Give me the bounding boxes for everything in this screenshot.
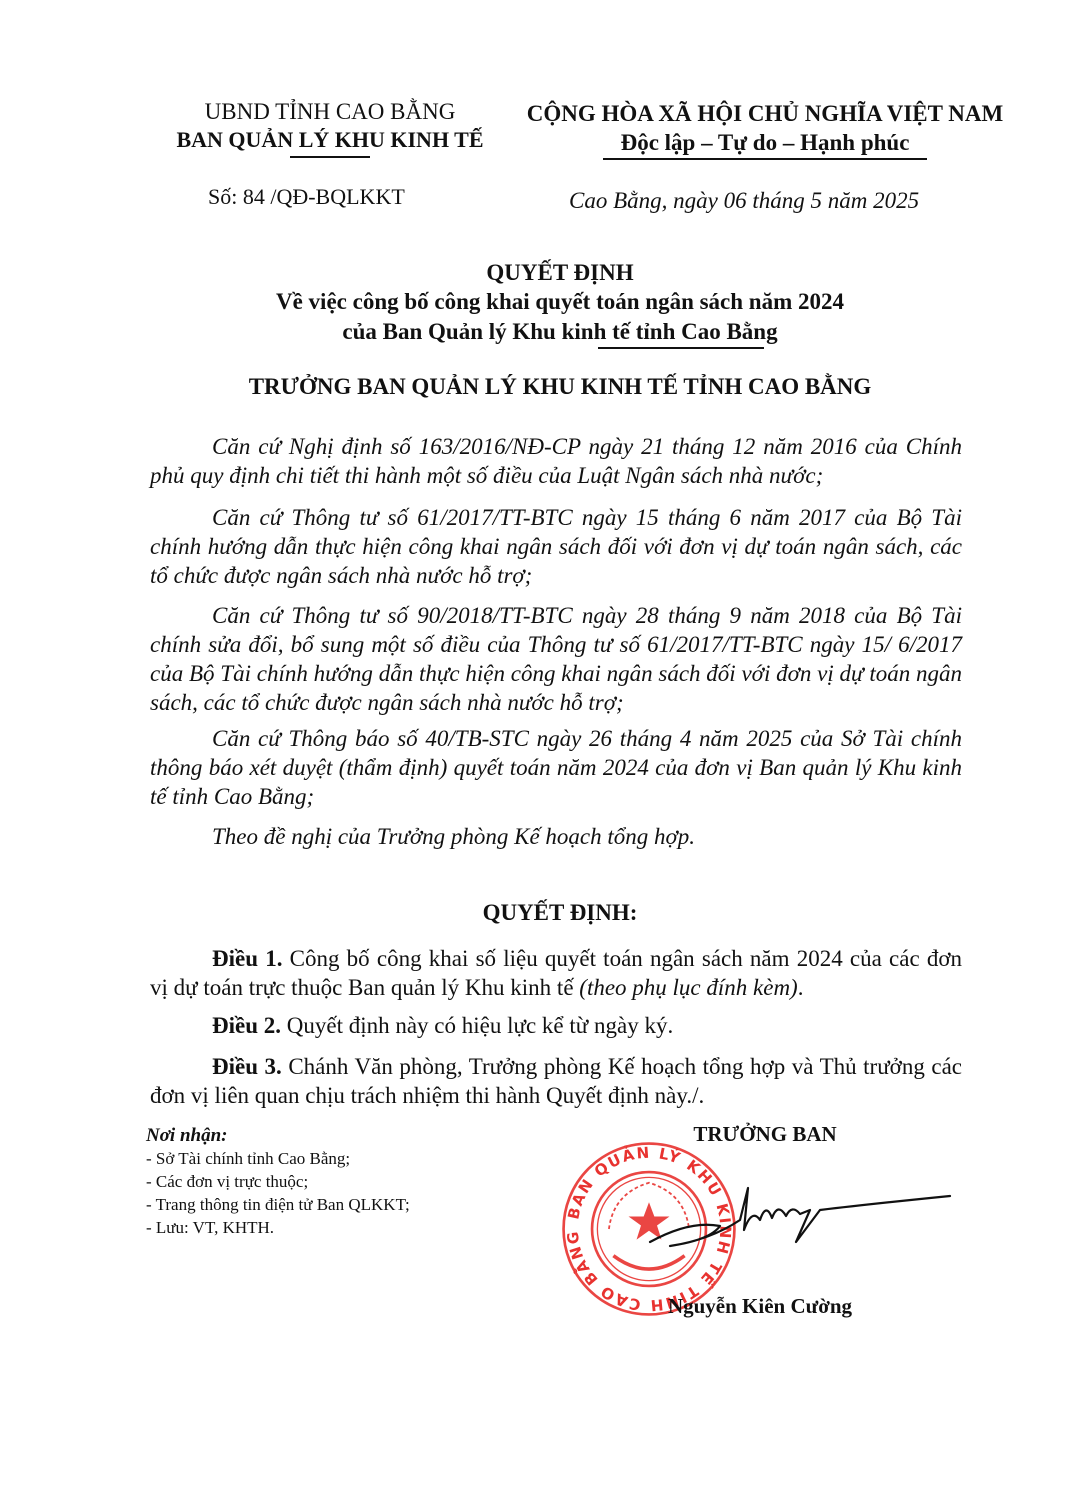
document-subject-line-2: của Ban Quản lý Khu kinh tế tỉnh Cao Bằn… <box>150 317 970 347</box>
issuing-authority: TRƯỞNG BAN QUẢN LÝ KHU KINH TẾ TỈNH CAO … <box>150 374 970 400</box>
article-label: Điều 2. <box>212 1013 281 1038</box>
preamble-paragraph: Căn cứ Nghị định số 163/2016/NĐ-CP ngày … <box>150 432 962 490</box>
article-label: Điều 1. <box>212 946 282 971</box>
article-2: Điều 2. Quyết định này có hiệu lực kể từ… <box>150 1011 962 1040</box>
article-3: Điều 3. Chánh Văn phòng, Trưởng phòng Kế… <box>150 1052 962 1110</box>
recipients-heading: Nơi nhận: <box>146 1124 410 1147</box>
preamble-paragraph: Theo đề nghị của Trưởng phòng Kế hoạch t… <box>150 822 962 851</box>
agency-name: BAN QUẢN LÝ KHU KINH TẾ <box>150 126 510 154</box>
article-label: Điều 3. <box>212 1054 282 1079</box>
document-title-block: QUYẾT ĐỊNH Về việc công bố công khai quy… <box>150 258 970 349</box>
signer-name: Nguyễn Kiên Cường <box>600 1294 920 1319</box>
national-motto: Độc lập – Tự do – Hạnh phúc <box>505 128 1025 158</box>
preamble-paragraph: Căn cứ Thông báo số 40/TB-STC ngày 26 th… <box>150 724 962 811</box>
document-subject-line-1: Về việc công bố công khai quyết toán ngâ… <box>150 287 970 317</box>
article-text: Quyết định này có hiệu lực kể từ ngày ký… <box>281 1013 673 1038</box>
recipients-block: Nơi nhận: - Sở Tài chính tỉnh Cao Bằng; … <box>146 1124 410 1239</box>
document-type: QUYẾT ĐỊNH <box>150 258 970 287</box>
article-1: Điều 1. Công bố công khai số liệu quyết … <box>150 944 962 1002</box>
preamble-paragraph: Căn cứ Thông tư số 90/2018/TT-BTC ngày 2… <box>150 601 962 717</box>
recipient-item: - Trang thông tin điện tử Ban QLKKT; <box>146 1193 410 1216</box>
article-note: (theo phụ lục đính kèm) <box>579 975 797 1000</box>
agency-underline <box>290 156 370 158</box>
national-header-block: CỘNG HÒA XÃ HỘI CHỦ NGHĨA VIỆT NAM Độc l… <box>505 100 1025 160</box>
motto-underline <box>603 158 927 160</box>
article-tail: . <box>798 975 804 1000</box>
decision-heading: QUYẾT ĐỊNH: <box>150 900 970 926</box>
recipient-item: - Lưu: VT, KHTH. <box>146 1216 410 1239</box>
country-name: CỘNG HÒA XÃ HỘI CHỦ NGHĨA VIỆT NAM <box>505 100 1025 128</box>
issuing-agency-block: UBND TỈNH CAO BẰNG BAN QUẢN LÝ KHU KINH … <box>150 98 510 158</box>
recipient-item: - Sở Tài chính tỉnh Cao Bằng; <box>146 1147 410 1170</box>
recipient-item: - Các đơn vị trực thuộc; <box>146 1170 410 1193</box>
document-number: Số: 84 /QĐ-BQLKKT <box>208 184 405 210</box>
preamble-paragraph: Căn cứ Thông tư số 61/2017/TT-BTC ngày 1… <box>150 503 962 590</box>
subject-underline <box>598 347 764 349</box>
handwritten-signature-icon <box>640 1180 960 1260</box>
document-place-date: Cao Bằng, ngày 06 tháng 5 năm 2025 <box>569 188 919 214</box>
agency-parent: UBND TỈNH CAO BẰNG <box>150 98 510 126</box>
